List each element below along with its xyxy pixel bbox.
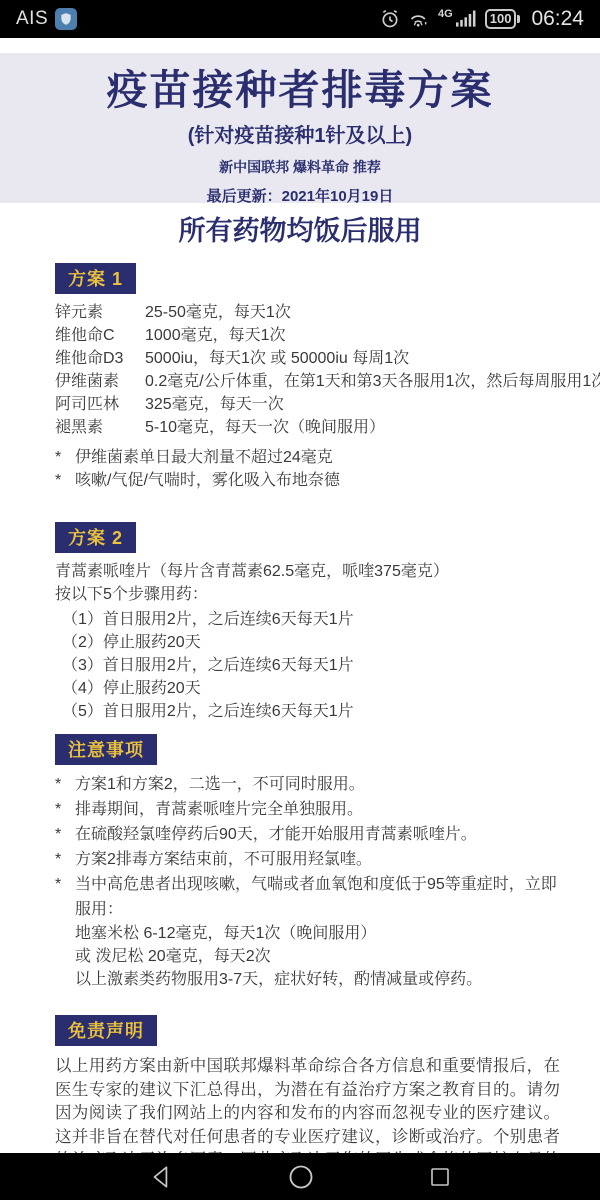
severe-case-line: 地塞米松 6-12毫克，每天1次（晚间服用） — [55, 922, 570, 945]
note-row: * 伊维菌素单日最大剂量不超过24毫克 — [55, 446, 570, 469]
signal-bars-icon — [456, 10, 478, 28]
caution-marker: * — [55, 872, 75, 922]
poster-header: 疫苗接种者排毒方案 (针对疫苗接种1针及以上) 新中国联邦 爆料革命 推荐 最后… — [0, 53, 600, 203]
caution-text: 方案2排毒方案结束前，不可服用羟氯喹。 — [75, 847, 372, 872]
plan2-step: （1）首日服用2片，之后连续6天每天1片 — [62, 608, 570, 631]
recents-button[interactable] — [424, 1161, 456, 1193]
clock-time: 06:24 — [531, 7, 584, 31]
medication-name: 锌元素 — [55, 301, 145, 324]
back-triangle-icon — [148, 1164, 174, 1190]
poster-body: 所有药物均饭后服用 方案 1 锌元素 25-50毫克，每天1次 维他命C 100… — [0, 203, 600, 1153]
medication-dosage: 25-50毫克，每天1次 — [145, 301, 570, 324]
plan1-badge: 方案 1 — [55, 263, 136, 294]
poster-subtitle: (针对疫苗接种1针及以上) — [0, 119, 600, 148]
instruction-heading: 所有药物均饭后服用 — [55, 215, 545, 247]
disclaimer-badge: 免责声明 — [55, 1015, 157, 1046]
caution-row: * 排毒期间，青蒿素哌喹片完全单独服用。 — [55, 797, 570, 822]
medication-name: 阿司匹林 — [55, 393, 145, 416]
plan2-step: （5）首日服用2片，之后连续6天每天1片 — [62, 700, 570, 723]
note-marker: * — [55, 469, 75, 492]
caution-row: * 当中高危患者出现咳嗽，气喘或者血氧饱和度低于95等重症时，立即服用： — [55, 872, 570, 922]
plan2-steps: （1）首日服用2片，之后连续6天每天1片 （2）停止服药20天 （3）首日服用2… — [55, 608, 570, 723]
note-text: 伊维菌素单日最大剂量不超过24毫克 — [75, 446, 333, 469]
medication-name: 伊维菌素 — [55, 370, 145, 393]
security-shield-icon — [55, 8, 77, 30]
wifi-hotspot-icon — [407, 9, 431, 29]
severe-case-line: 以上激素类药物服用3-7天，症状好转，酌情减量或停药。 — [55, 968, 570, 991]
note-row: * 咳嗽/气促/气喘时，雾化吸入布地奈德 — [55, 469, 570, 492]
battery-indicator: 100 — [485, 9, 521, 29]
medication-dosage: 0.2毫克/公斤体重，在第1天和第3天各服用1次，然后每周服用1次 — [145, 370, 600, 393]
caution-row: * 在硫酸羟氯喹停药后90天，才能开始服用青蒿素哌喹片。 — [55, 822, 570, 847]
caution-row: * 方案1和方案2，二选一，不可同时服用。 — [55, 772, 570, 797]
caution-marker: * — [55, 772, 75, 797]
phone-screen: AIS 4G — [0, 0, 600, 1200]
caution-text: 方案1和方案2，二选一，不可同时服用。 — [75, 772, 365, 797]
network-type-label: 4G — [438, 8, 453, 20]
plan1-medication-table: 锌元素 25-50毫克，每天1次 维他命C 1000毫克，每天1次 维他命D3 … — [55, 301, 570, 439]
caution-row: * 方案2排毒方案结束前，不可服用羟氯喹。 — [55, 847, 570, 872]
image-top-margin — [0, 38, 600, 53]
battery-level: 100 — [485, 9, 517, 29]
plan2-intro: 青蒿素哌喹片（每片含青蒿素62.5毫克，哌喹375毫克） — [55, 560, 570, 583]
status-bar: AIS 4G — [0, 0, 600, 38]
medication-dosage: 5-10毫克，每天一次（晚间服用） — [145, 416, 570, 439]
medication-row: 阿司匹林 325毫克，每天一次 — [55, 393, 570, 416]
medication-dosage: 325毫克，每天一次 — [145, 393, 570, 416]
home-button[interactable] — [283, 1159, 319, 1195]
plan1-notes: * 伊维菌素单日最大剂量不超过24毫克 * 咳嗽/气促/气喘时，雾化吸入布地奈德 — [55, 446, 570, 492]
note-marker: * — [55, 446, 75, 469]
carrier-label: AIS — [16, 8, 48, 30]
cautions-badge: 注意事项 — [55, 734, 157, 765]
battery-nub — [517, 15, 520, 23]
medication-row: 褪黑素 5-10毫克，每天一次（晚间服用） — [55, 416, 570, 439]
back-button[interactable] — [144, 1160, 178, 1194]
medication-dosage: 5000iu，每天1次 或 50000iu 每周1次 — [145, 347, 570, 370]
medication-name: 维他命C — [55, 324, 145, 347]
medication-name: 维他命D3 — [55, 347, 145, 370]
medication-row: 锌元素 25-50毫克，每天1次 — [55, 301, 570, 324]
caution-text: 当中高危患者出现咳嗽，气喘或者血氧饱和度低于95等重症时，立即服用： — [75, 872, 570, 922]
plan2-badge: 方案 2 — [55, 522, 136, 553]
disclaimer-text: 以上用药方案由新中国联邦爆料革命综合各方信息和重要情报后，在医生专家的建议下汇总… — [55, 1055, 560, 1153]
medication-dosage: 1000毫克，每天1次 — [145, 324, 570, 347]
caution-marker: * — [55, 797, 75, 822]
caution-text: 排毒期间，青蒿素哌喹片完全单独服用。 — [75, 797, 363, 822]
note-text: 咳嗽/气促/气喘时，雾化吸入布地奈德 — [75, 469, 340, 492]
caution-marker: * — [55, 847, 75, 872]
medication-name: 褪黑素 — [55, 416, 145, 439]
severe-case-line: 或 泼尼松 20毫克，每天2次 — [55, 945, 570, 968]
medication-row: 维他命C 1000毫克，每天1次 — [55, 324, 570, 347]
plan2-step: （2）停止服药20天 — [62, 631, 570, 654]
alarm-clock-icon — [380, 9, 400, 29]
home-circle-icon — [287, 1163, 315, 1191]
plan2-step: （3）首日服用2片，之后连续6天每天1片 — [62, 654, 570, 677]
plan2-step: （4）停止服药20天 — [62, 677, 570, 700]
medication-row: 维他命D3 5000iu，每天1次 或 50000iu 每周1次 — [55, 347, 570, 370]
recents-square-icon — [428, 1165, 452, 1189]
caution-text: 在硫酸羟氯喹停药后90天，才能开始服用青蒿素哌喹片。 — [75, 822, 477, 847]
cautions-list: * 方案1和方案2，二选一，不可同时服用。 * 排毒期间，青蒿素哌喹片完全单独服… — [55, 772, 570, 991]
recommended-by-line: 新中国联邦 爆料革命 推荐 — [0, 157, 600, 177]
medication-row: 伊维菌素 0.2毫克/公斤体重，在第1天和第3天各服用1次，然后每周服用1次 — [55, 370, 570, 393]
poster-title: 疫苗接种者排毒方案 — [0, 67, 600, 113]
plan2-steps-label: 按以下5个步骤用药： — [55, 583, 570, 606]
caution-marker: * — [55, 822, 75, 847]
android-nav-bar — [0, 1153, 600, 1200]
